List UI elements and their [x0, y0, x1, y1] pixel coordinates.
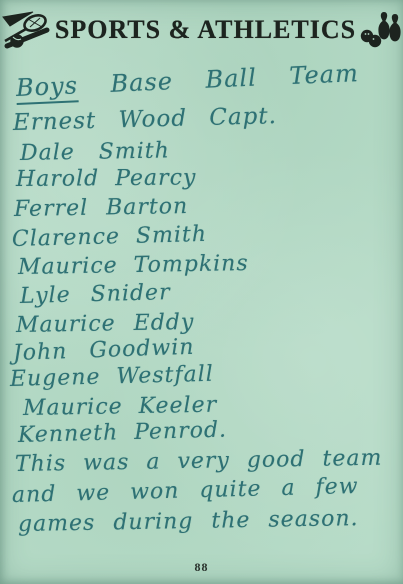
roster-line: Maurice Tompkins [18, 251, 249, 280]
team-title-rest: Base Ball Team [110, 59, 359, 98]
roster-line: Maurice Keeler [23, 393, 218, 421]
team-title-line: Boys Base Ball Team [15, 59, 359, 102]
scrapbook-page: SPORTS & ATHLETICS Boys Base Ball Team E… [0, 0, 403, 584]
roster-line: Eugene Westfall [10, 362, 214, 392]
roster-line-captain: Ernest Wood Capt. [13, 103, 278, 136]
sports-equipment-icon [0, 10, 52, 50]
roster-line: Maurice Eddy [16, 310, 195, 338]
roster-line: Dale Smith [20, 138, 170, 166]
page-header: SPORTS & ATHLETICS [0, 8, 403, 52]
roster-line: Clarence Smith [12, 222, 208, 252]
team-title-underlined-word: Boys [15, 71, 78, 105]
roster-line: Lyle Snider [20, 280, 171, 309]
note-line: and we won quite a few [12, 474, 359, 508]
roster-line: John Goodwin [13, 335, 195, 366]
note-line: games during the season. [18, 506, 359, 537]
bowling-pins-icon [359, 8, 403, 52]
roster-line: Ferrel Barton [14, 194, 189, 222]
roster-line: Harold Pearcy [16, 165, 197, 192]
page-number: 88 [0, 560, 403, 575]
roster-line: Kenneth Penrod. [18, 418, 228, 448]
page-title: SPORTS & ATHLETICS [55, 15, 356, 45]
note-line: This was a very good team [15, 446, 383, 477]
